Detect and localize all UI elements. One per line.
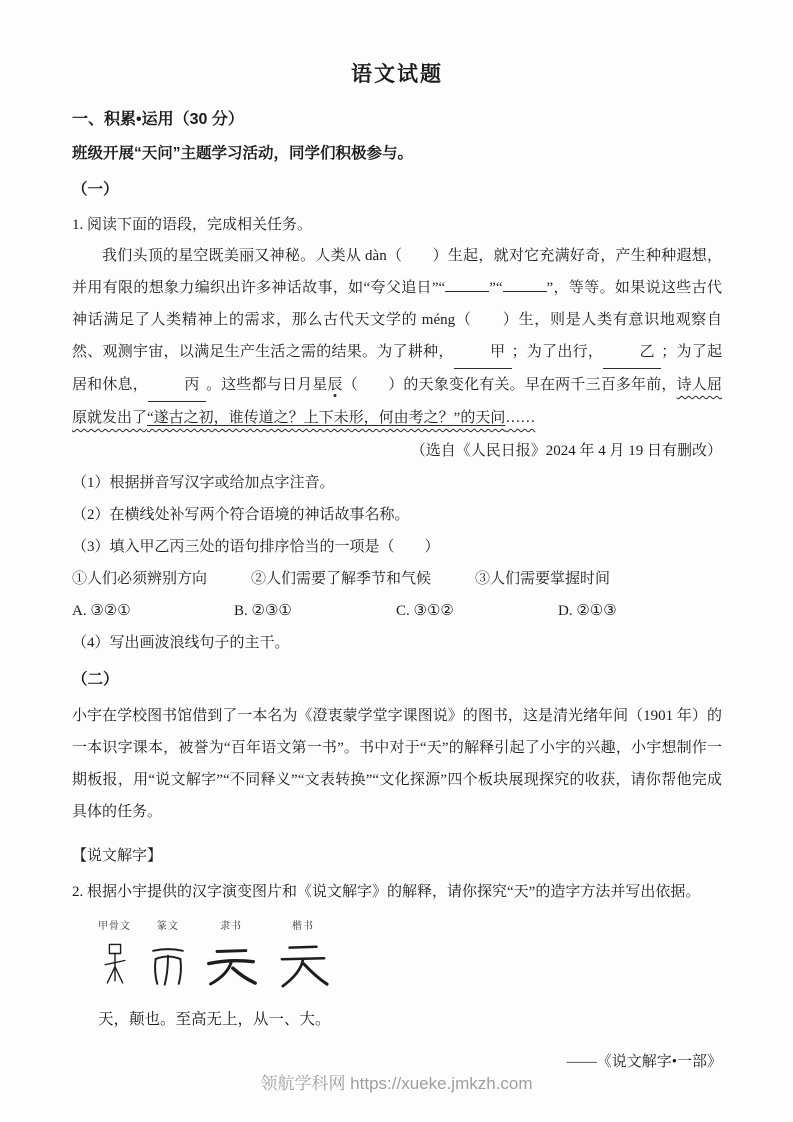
script-label-seal: 篆文 bbox=[157, 917, 179, 932]
blank-yi: 乙 bbox=[603, 336, 661, 369]
site-watermark: 领航学科网 https://xueke.jmkzh.com bbox=[0, 1069, 793, 1094]
question-2-stem: 2. 根据小宇提供的汉字演变图片和《说文解字》的解释，请你探究“天”的造字方法并… bbox=[72, 879, 722, 905]
source-credit: （选自《人民日报》2024 年 4 月 19 日有删改） bbox=[72, 438, 722, 464]
shuowen-block-title: 【说文解字】 bbox=[72, 843, 722, 869]
choice-options-row: A. ③②① B. ②③① C. ③①② D. ②①③ bbox=[72, 598, 722, 624]
blank-bing: 丙 bbox=[148, 369, 206, 402]
passage-text: 。这些都与日月星 bbox=[206, 377, 328, 393]
regular-script-glyph-icon bbox=[275, 935, 331, 993]
script-label-oracle: 甲骨文 bbox=[98, 917, 131, 932]
question-1-passage: 我们头顶的星空既美丽又神秘。人类从 dàn（ ）生起，就对它充满好奇，产生种种遐… bbox=[72, 240, 722, 434]
clerical-script-glyph-icon bbox=[205, 935, 257, 993]
seal-script-glyph-icon bbox=[149, 935, 187, 993]
activity-intro: 班级开展“天问”主题学习活动，同学们积极参与。 bbox=[72, 142, 722, 166]
script-label-clerical: 隶书 bbox=[220, 917, 242, 932]
evolution-item-seal: 篆文 bbox=[149, 917, 187, 993]
option-a: A. ③②① bbox=[72, 598, 234, 624]
order-items-row: ①人们必须辨别方向 ②人们需要了解季节和气候 ③人们需要掌握时间 bbox=[72, 566, 722, 592]
myth-name-blank-2 bbox=[503, 277, 547, 292]
passage-text: （ ）的天象变化有关。早在两千三百多年前， bbox=[343, 377, 677, 393]
shuowen-definition: 天，颠也。至高无上，从一、大。 bbox=[98, 1007, 722, 1033]
exam-paper-page: 语文试题 一、积累•运用（30 分） 班级开展“天问”主题学习活动，同学们积极参… bbox=[0, 0, 793, 1122]
question-1-sub-3: （3）填入甲乙丙三处的语句排序恰当的一项是（ ） bbox=[72, 534, 722, 560]
evolution-item-oracle: 甲骨文 bbox=[98, 917, 131, 993]
section-one-heading: 一、积累•运用（30 分） bbox=[72, 108, 722, 132]
option-d: D. ②①③ bbox=[558, 598, 617, 624]
order-item-3: ③人们需要掌握时间 bbox=[475, 566, 610, 592]
dotted-character-chen: 辰 bbox=[328, 377, 343, 393]
option-c: C. ③①② bbox=[396, 598, 558, 624]
question-1-sub-1: （1）根据拼音写汉字或给加点字注音。 bbox=[72, 470, 722, 496]
page-title: 语文试题 bbox=[72, 60, 722, 90]
evolution-item-clerical: 隶书 bbox=[205, 917, 257, 993]
character-evolution-figure: 甲骨文 篆文 bbox=[98, 917, 722, 993]
part-one-label: （一） bbox=[72, 178, 722, 202]
part-two-label: （二） bbox=[72, 668, 722, 692]
question-1-sub-2: （2）在横线处补写两个符合语境的神话故事名称。 bbox=[72, 502, 722, 528]
wavy-text: …… bbox=[505, 410, 535, 426]
order-item-1: ①人们必须辨别方向 bbox=[72, 566, 207, 592]
evolution-item-regular: 楷书 bbox=[275, 917, 331, 993]
option-b: B. ②③① bbox=[234, 598, 396, 624]
order-item-2: ②人们需要了解季节和气候 bbox=[251, 566, 431, 592]
oracle-script-glyph-icon bbox=[101, 935, 129, 993]
passage-text: ”“ bbox=[489, 280, 502, 296]
question-1-stem: 1. 阅读下面的语段，完成相关任务。 bbox=[72, 212, 722, 238]
script-label-regular: 楷书 bbox=[292, 917, 314, 932]
myth-name-blank-1 bbox=[445, 277, 489, 292]
part-two-intro: 小宇在学校图书馆借到了一本名为《澄衷蒙学堂字课图说》的图书，这是清光绪年间（19… bbox=[72, 700, 722, 828]
blank-jia: 甲 bbox=[454, 336, 512, 369]
passage-text: ；为了出行， bbox=[512, 344, 604, 360]
question-1-sub-4: （4）写出画波浪线句子的主干。 bbox=[72, 630, 722, 656]
quoted-tianwen-lines: “遂古之初，谁传道之？上下未形，何由考之？”的天问 bbox=[147, 410, 505, 426]
